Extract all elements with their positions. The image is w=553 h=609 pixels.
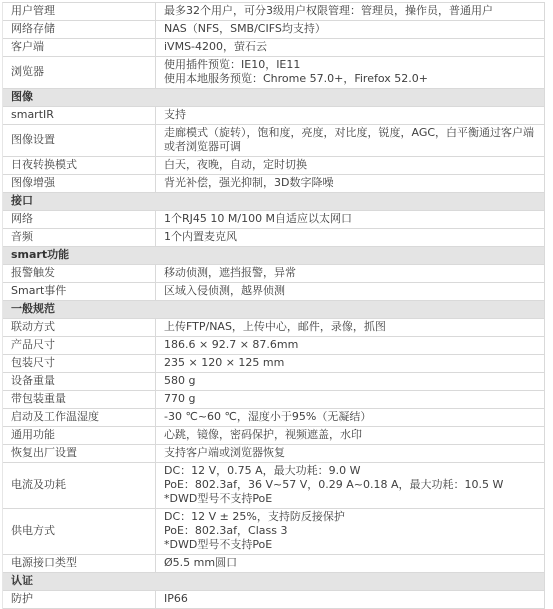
spec-label: 恢复出厂设置 <box>3 445 156 462</box>
spec-row: 用户管理最多32个用户，可分3级用户权限管理：管理员，操作员，普通用户 <box>3 3 544 21</box>
spec-value-line: 1个RJ45 10 M/100 M自适应以太网口 <box>164 212 536 226</box>
spec-label: smartIR <box>3 107 156 124</box>
spec-sheet: 用户管理最多32个用户，可分3级用户权限管理：管理员，操作员，普通用户网络存储N… <box>2 2 545 606</box>
spec-value-line: 支持 <box>164 108 536 122</box>
spec-row: 网络1个RJ45 10 M/100 M自适应以太网口 <box>3 211 544 229</box>
spec-row: 音频1个内置麦克风 <box>3 229 544 247</box>
spec-label: 联动方式 <box>3 319 156 336</box>
spec-label: 包装尺寸 <box>3 355 156 372</box>
spec-value: 背光补偿，强光抑制，3D数字降噪 <box>156 175 544 192</box>
spec-label: 图像设置 <box>3 125 156 156</box>
spec-row: 供电方式DC：12 V ± 25%，支持防反接保护PoE：802.3af，Cla… <box>3 509 544 555</box>
spec-row: 报警触发移动侦测，遮挡报警，异常 <box>3 265 544 283</box>
spec-row: 包装尺寸235 × 120 × 125 mm <box>3 355 544 373</box>
spec-row: 图像增强背光补偿，强光抑制，3D数字降噪 <box>3 175 544 193</box>
spec-label: 浏览器 <box>3 57 156 88</box>
spec-label: 带包装重量 <box>3 391 156 408</box>
spec-value-line: 1个内置麦克风 <box>164 230 536 244</box>
spec-row: 电源接口类型Ø5.5 mm圆口 <box>3 555 544 573</box>
spec-label: Smart事件 <box>3 283 156 300</box>
spec-value: 770 g <box>156 391 544 408</box>
spec-row: 图像设置走廊模式（旋转），饱和度，亮度，对比度，锐度，AGC，白平衡通过客户端或… <box>3 125 544 157</box>
section-header: smart功能 <box>3 247 544 265</box>
spec-label: 报警触发 <box>3 265 156 282</box>
spec-value-line: PoE：802.3af，36 V~57 V，0.29 A~0.18 A，最大功耗… <box>164 478 536 492</box>
section-header: 图像 <box>3 89 544 107</box>
spec-value-line: 支持客户端或浏览器恢复 <box>164 446 536 460</box>
spec-label: 供电方式 <box>3 509 156 554</box>
spec-label: 产品尺寸 <box>3 337 156 354</box>
spec-row: 浏览器使用插件预览：IE10，IE11使用本地服务预览：Chrome 57.0+… <box>3 57 544 89</box>
spec-label: 电源接口类型 <box>3 555 156 572</box>
spec-value: DC：12 V，0.75 A，最大功耗：9.0 WPoE：802.3af，36 … <box>156 463 544 508</box>
spec-value-line: 区域入侵侦测，越界侦测 <box>164 284 536 298</box>
spec-value-line: iVMS-4200，萤石云 <box>164 40 536 54</box>
spec-value-line: 走廊模式（旋转），饱和度，亮度，对比度，锐度，AGC，白平衡通过客户端或者浏览器… <box>164 126 536 154</box>
spec-label: 电流及功耗 <box>3 463 156 508</box>
spec-value: 上传FTP/NAS，上传中心，邮件，录像，抓图 <box>156 319 544 336</box>
spec-value-line: 使用本地服务预览：Chrome 57.0+，Firefox 52.0+ <box>164 72 536 86</box>
spec-label: 通用功能 <box>3 427 156 444</box>
spec-row: 客户端iVMS-4200，萤石云 <box>3 39 544 57</box>
spec-value-line: 使用插件预览：IE10，IE11 <box>164 58 536 72</box>
spec-row: 通用功能心跳，镜像，密码保护，视频遮盖，水印 <box>3 427 544 445</box>
spec-row: 带包装重量770 g <box>3 391 544 409</box>
spec-value-line: 上传FTP/NAS，上传中心，邮件，录像，抓图 <box>164 320 536 334</box>
spec-value: 白天，夜晚，自动，定时切换 <box>156 157 544 174</box>
spec-value: 235 × 120 × 125 mm <box>156 355 544 372</box>
spec-value: 支持 <box>156 107 544 124</box>
spec-label: 网络 <box>3 211 156 228</box>
spec-value: NAS（NFS，SMB/CIFS均支持） <box>156 21 544 38</box>
spec-row: 恢复出厂设置支持客户端或浏览器恢复 <box>3 445 544 463</box>
spec-row: 日夜转换模式白天，夜晚，自动，定时切换 <box>3 157 544 175</box>
spec-value: 使用插件预览：IE10，IE11使用本地服务预览：Chrome 57.0+，Fi… <box>156 57 544 88</box>
spec-label: 网络存储 <box>3 21 156 38</box>
spec-row: 启动及工作温湿度-30 ℃~60 ℃，湿度小于95%（无凝结） <box>3 409 544 427</box>
spec-table: 用户管理最多32个用户，可分3级用户权限管理：管理员，操作员，普通用户网络存储N… <box>2 2 545 606</box>
spec-value-line: NAS（NFS，SMB/CIFS均支持） <box>164 22 536 36</box>
spec-value: 1个内置麦克风 <box>156 229 544 246</box>
spec-value-line: IP66 <box>164 592 536 606</box>
spec-row: 设备重量580 g <box>3 373 544 391</box>
spec-value-line: 580 g <box>164 374 536 388</box>
spec-row: Smart事件区域入侵侦测，越界侦测 <box>3 283 544 301</box>
spec-value-line: *DWD型号不支持PoE <box>164 538 536 552</box>
spec-value: -30 ℃~60 ℃，湿度小于95%（无凝结） <box>156 409 544 426</box>
spec-value-line: 移动侦测，遮挡报警，异常 <box>164 266 536 280</box>
spec-label: 设备重量 <box>3 373 156 390</box>
section-header: 认证 <box>3 573 544 591</box>
spec-value-line: 白天，夜晚，自动，定时切换 <box>164 158 536 172</box>
spec-label: 图像增强 <box>3 175 156 192</box>
spec-value-line: 最多32个用户，可分3级用户权限管理：管理员，操作员，普通用户 <box>164 4 536 18</box>
spec-row: smartIR支持 <box>3 107 544 125</box>
spec-row: 联动方式上传FTP/NAS，上传中心，邮件，录像，抓图 <box>3 319 544 337</box>
spec-value-line: Ø5.5 mm圆口 <box>164 556 536 570</box>
spec-value: 支持客户端或浏览器恢复 <box>156 445 544 462</box>
spec-value-line: DC：12 V，0.75 A，最大功耗：9.0 W <box>164 464 536 478</box>
spec-value: DC：12 V ± 25%，支持防反接保护PoE：802.3af，Class 3… <box>156 509 544 554</box>
section-header: 接口 <box>3 193 544 211</box>
spec-label: 用户管理 <box>3 3 156 20</box>
spec-value: 186.6 × 92.7 × 87.6mm <box>156 337 544 354</box>
spec-value: Ø5.5 mm圆口 <box>156 555 544 572</box>
spec-label: 客户端 <box>3 39 156 56</box>
spec-value: 580 g <box>156 373 544 390</box>
spec-value-line: 770 g <box>164 392 536 406</box>
spec-value: 走廊模式（旋转），饱和度，亮度，对比度，锐度，AGC，白平衡通过客户端或者浏览器… <box>156 125 544 156</box>
spec-value: 区域入侵侦测，越界侦测 <box>156 283 544 300</box>
spec-row: 网络存储NAS（NFS，SMB/CIFS均支持） <box>3 21 544 39</box>
spec-value-line: -30 ℃~60 ℃，湿度小于95%（无凝结） <box>164 410 536 424</box>
section-header: 一般规范 <box>3 301 544 319</box>
spec-value: iVMS-4200，萤石云 <box>156 39 544 56</box>
spec-label: 音频 <box>3 229 156 246</box>
spec-value: IP66 <box>156 591 544 606</box>
spec-label: 日夜转换模式 <box>3 157 156 174</box>
spec-value-line: DC：12 V ± 25%，支持防反接保护 <box>164 510 536 524</box>
spec-value: 1个RJ45 10 M/100 M自适应以太网口 <box>156 211 544 228</box>
spec-value: 移动侦测，遮挡报警，异常 <box>156 265 544 282</box>
spec-row: 防护IP66 <box>3 591 544 606</box>
spec-row: 电流及功耗DC：12 V，0.75 A，最大功耗：9.0 WPoE：802.3a… <box>3 463 544 509</box>
spec-value-line: 心跳，镜像，密码保护，视频遮盖，水印 <box>164 428 536 442</box>
spec-row: 产品尺寸186.6 × 92.7 × 87.6mm <box>3 337 544 355</box>
spec-value-line: PoE：802.3af，Class 3 <box>164 524 536 538</box>
spec-value-line: *DWD型号不支持PoE <box>164 492 536 506</box>
spec-value-line: 235 × 120 × 125 mm <box>164 356 536 370</box>
spec-label: 防护 <box>3 591 156 606</box>
spec-value: 最多32个用户，可分3级用户权限管理：管理员，操作员，普通用户 <box>156 3 544 20</box>
spec-label: 启动及工作温湿度 <box>3 409 156 426</box>
spec-value-line: 186.6 × 92.7 × 87.6mm <box>164 338 536 352</box>
spec-value-line: 背光补偿，强光抑制，3D数字降噪 <box>164 176 536 190</box>
spec-value: 心跳，镜像，密码保护，视频遮盖，水印 <box>156 427 544 444</box>
